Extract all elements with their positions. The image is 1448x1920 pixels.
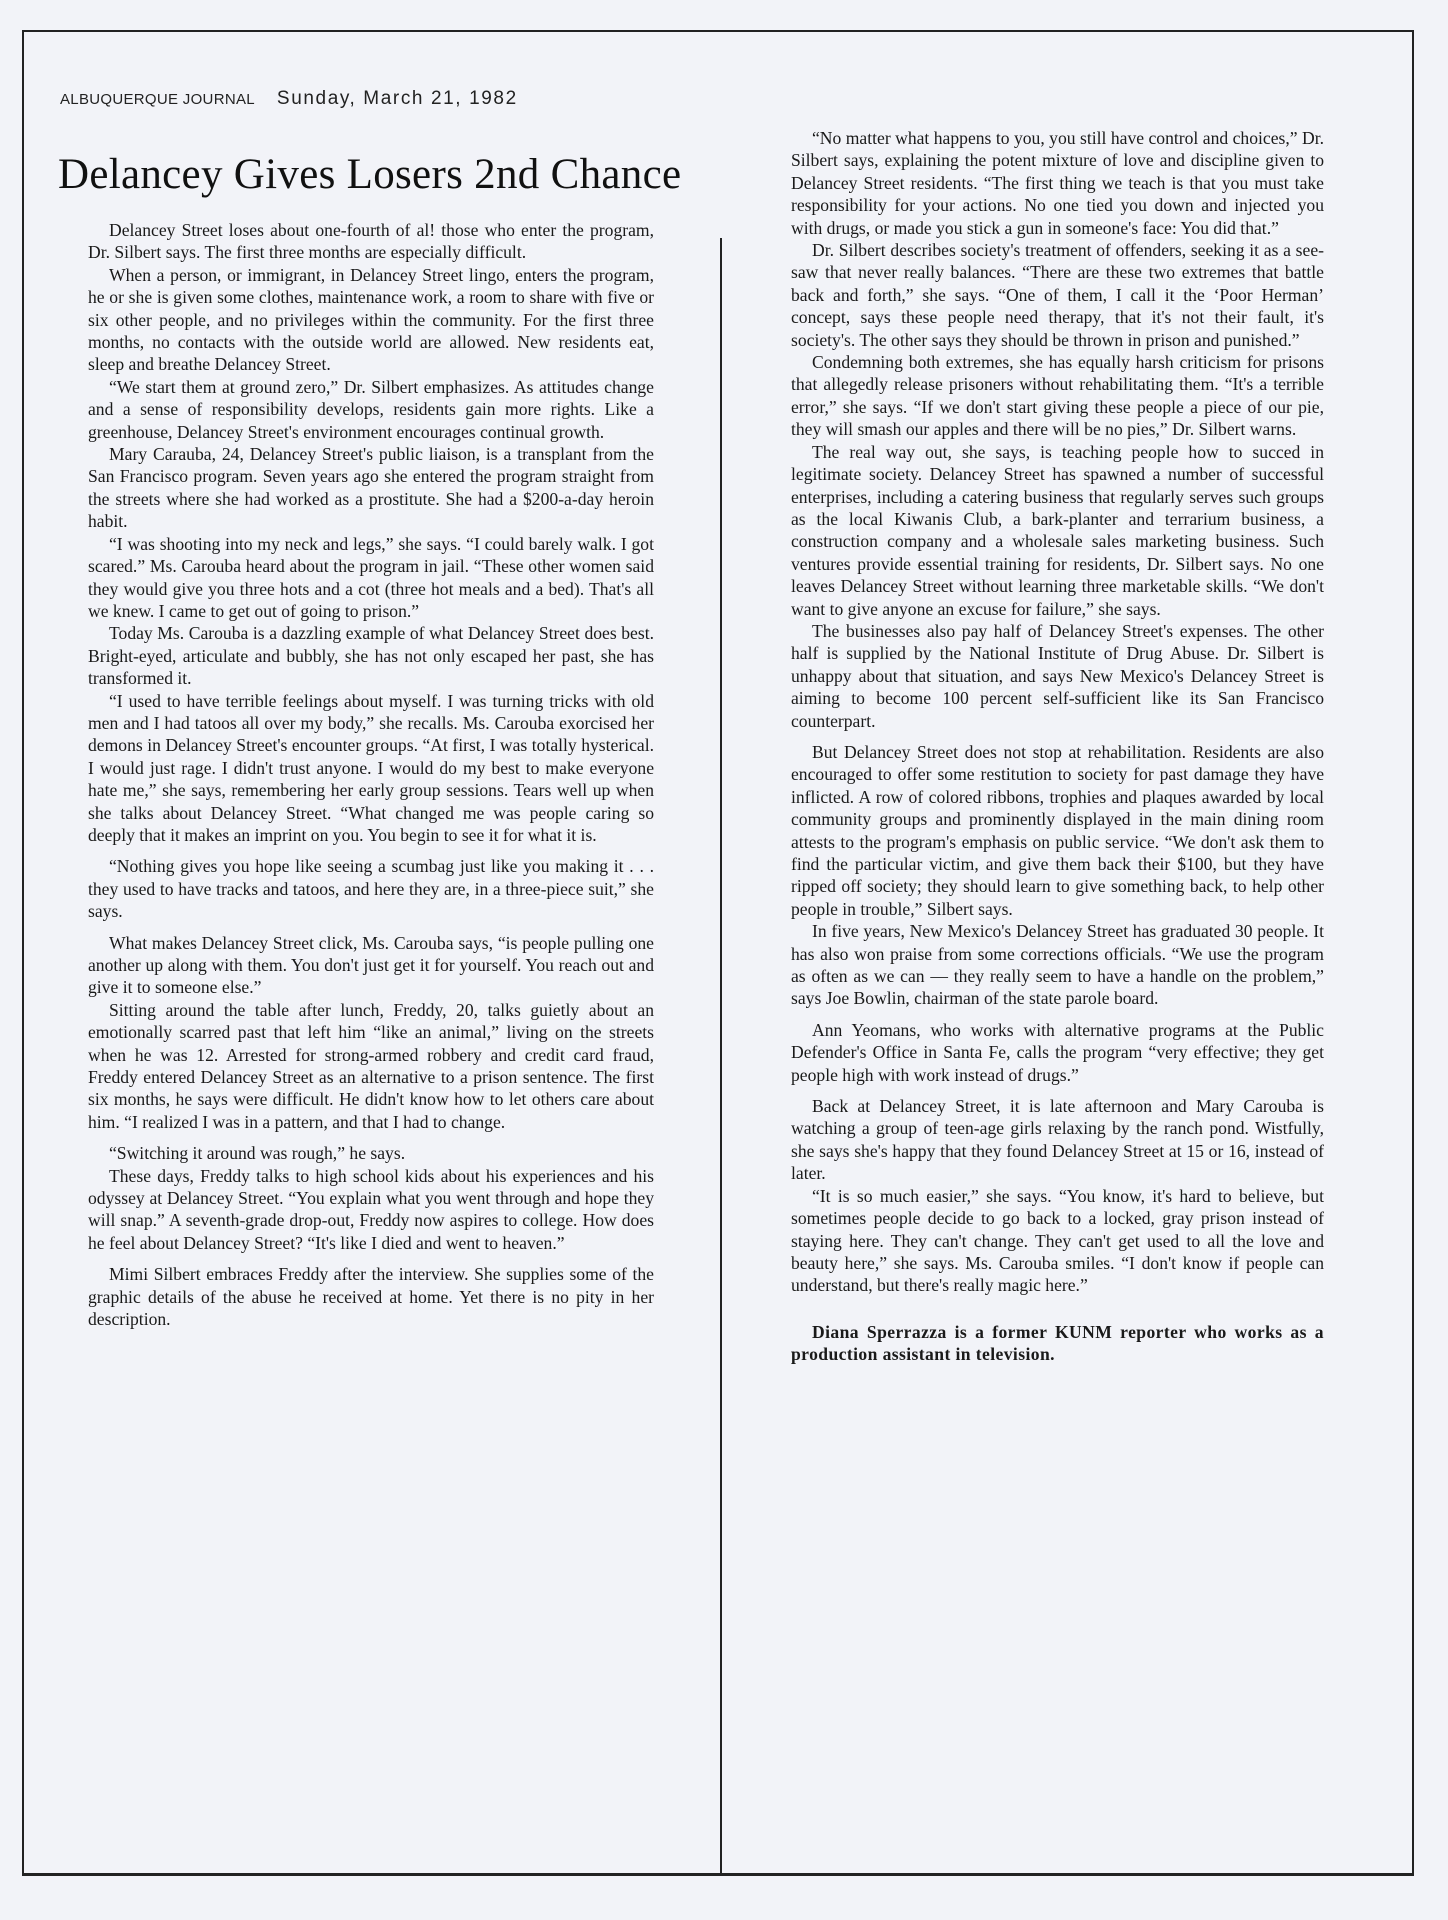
paragraph: Mary Carauba, 24, Delancey Street's publ… (88, 443, 654, 533)
right-column: “No matter what happens to you, you stil… (791, 127, 1324, 1366)
author-byline: Diana Sperrazza is a former KUNM reporte… (791, 1321, 1324, 1366)
paragraph: Dr. Silbert describes society's treatmen… (791, 239, 1324, 351)
headline: Delancey Gives Losers 2nd Chance (58, 150, 681, 199)
left-column: Delancey Street loses about one-fourth o… (88, 219, 654, 1331)
paragraph: “It is so much easier,” she says. “You k… (791, 1185, 1324, 1297)
column-divider (720, 238, 722, 1876)
paragraph: Back at Delancey Street, it is late afte… (791, 1095, 1324, 1185)
paragraph: “I was shooting into my neck and legs,” … (88, 533, 654, 623)
paragraph: What makes Delancey Street click, Ms. Ca… (88, 932, 654, 999)
paragraph: In five years, New Mexico's Delancey Str… (791, 920, 1324, 1010)
masthead: ALBUQUERQUE JOURNAL Sunday, March 21, 19… (60, 88, 518, 110)
paragraph: Today Ms. Carouba is a dazzling example … (88, 622, 654, 689)
paragraph: Delancey Street loses about one-fourth o… (88, 219, 654, 264)
publication-date: Sunday, March 21, 1982 (277, 88, 518, 109)
paragraph: The real way out, she says, is teaching … (791, 441, 1324, 620)
paragraph: Sitting around the table after lunch, Fr… (88, 999, 654, 1133)
paragraph: When a person, or immigrant, in Delancey… (88, 264, 654, 376)
paragraph: Mimi Silbert embraces Freddy after the i… (88, 1263, 654, 1330)
paragraph: “No matter what happens to you, you stil… (791, 127, 1324, 239)
paragraph: “I used to have terrible feelings about … (88, 690, 654, 847)
paragraph: “We start them at ground zero,” Dr. Silb… (88, 376, 654, 443)
paragraph: Ann Yeomans, who works with alternative … (791, 1019, 1324, 1086)
paragraph: “Nothing gives you hope like seeing a sc… (88, 855, 654, 922)
paragraph: “Switching it around was rough,” he says… (88, 1142, 654, 1164)
paragraph: These days, Freddy talks to high school … (88, 1165, 654, 1255)
paragraph: Condemning both extremes, she has equall… (791, 351, 1324, 441)
paragraph: The businesses also pay half of Delancey… (791, 620, 1324, 732)
newspaper-name: ALBUQUERQUE JOURNAL (60, 91, 255, 108)
paragraph: But Delancey Street does not stop at reh… (791, 741, 1324, 920)
